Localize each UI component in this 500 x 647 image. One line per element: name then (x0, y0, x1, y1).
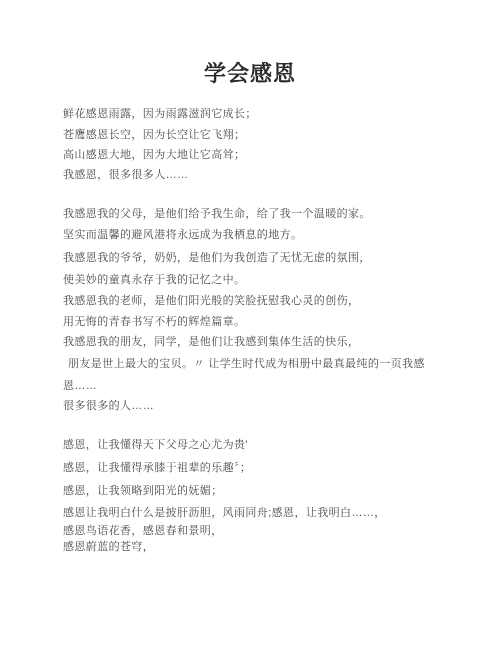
text-line: 感恩蔚蓝的苍穹， (63, 540, 154, 554)
document-page: 学会感恩 鲜花感恩雨露，因为雨露滋润它成长； 苍鹰感恩长空，因为长空让它飞翔； … (0, 0, 500, 647)
text-line: 鲜花感恩雨露，因为雨露滋润它成长； (63, 107, 257, 121)
text-line: 感恩，让我懂得承膝于祖辈的乐趣〞； (63, 461, 251, 475)
text-line: 坚实而温馨的避风港将永远成为我栖息的地方。 (63, 228, 302, 242)
text-line: 使美妙的童真永存于我的记忆之中。 (63, 273, 245, 287)
text-line: 我感恩我的爷爷，奶奶，是他们为我创造了无忧无虑的氛围， (63, 251, 371, 265)
text-line: 感恩让我明白什么是披肝沥胆，风雨同舟;感恩，让我明白……， (63, 506, 386, 520)
text-line: 我感恩我的朋友，同学，是他们让我感到集体生活的快乐， (63, 335, 359, 349)
text-line: 朋友是世上最大的宝贝。〃 让学生时代成为相册中最真最纯的一页我感 (68, 357, 425, 371)
text-line: 我感恩我的父母，是他们给予我生命，给了我一个温暖的家。 (63, 207, 371, 221)
text-line: 我感恩我的老师，是他们阳光般的笑脸抚慰我心灵的创伤， (63, 294, 359, 308)
text-line: 感恩，让我领略到阳光的妩媚； (63, 484, 223, 498)
text-line: 很多很多的人…… (63, 399, 154, 413)
text-line: 我感恩，很多很多人…… (63, 168, 188, 182)
text-line: 感恩鸟语花香，感恩春和景明， (63, 524, 223, 538)
page-title: 学会感恩 (0, 61, 500, 87)
text-line: 恩…… (63, 379, 97, 393)
text-line: 感恩，让我懂得天下父母之心尤为贵' (63, 438, 248, 452)
text-line: 高山感恩大地，因为大地让它高耸； (63, 148, 245, 162)
text-line: 苍鹰感恩长空，因为长空让它飞翔； (63, 128, 245, 142)
text-line: 用无悔的青春书写不朽的辉煌篇章。 (63, 315, 245, 329)
